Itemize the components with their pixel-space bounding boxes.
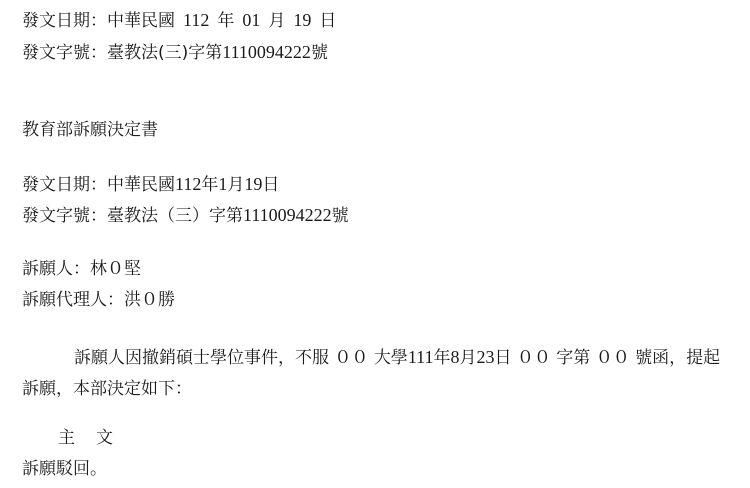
main-heading: 主 文 bbox=[58, 426, 115, 450]
main-text: 訴願駁回。 bbox=[22, 457, 107, 481]
body-paragraph: 訴願人因撤銷碩士學位事件，不服 ００ 大學111年8月23日 ００ 字第 ００ … bbox=[22, 342, 732, 405]
petition-agent: 訴願代理人：洪０勝 bbox=[22, 288, 175, 312]
header-ref: 發文字號：臺教法(三)字第1110094222號 bbox=[22, 40, 328, 65]
date-label: 發文日期： bbox=[22, 11, 107, 31]
ref-label: 發文字號： bbox=[22, 43, 107, 63]
petitioner: 訴願人：林０堅 bbox=[22, 257, 141, 281]
document-date: 發文日期：中華民國112年1月19日 bbox=[22, 172, 279, 197]
document-title: 教育部訴願決定書 bbox=[22, 118, 158, 142]
header-date: 發文日期：中華民國112年01月19日 bbox=[22, 8, 336, 33]
document-ref: 發文字號：臺教法（三）字第1110094222號 bbox=[22, 203, 349, 228]
